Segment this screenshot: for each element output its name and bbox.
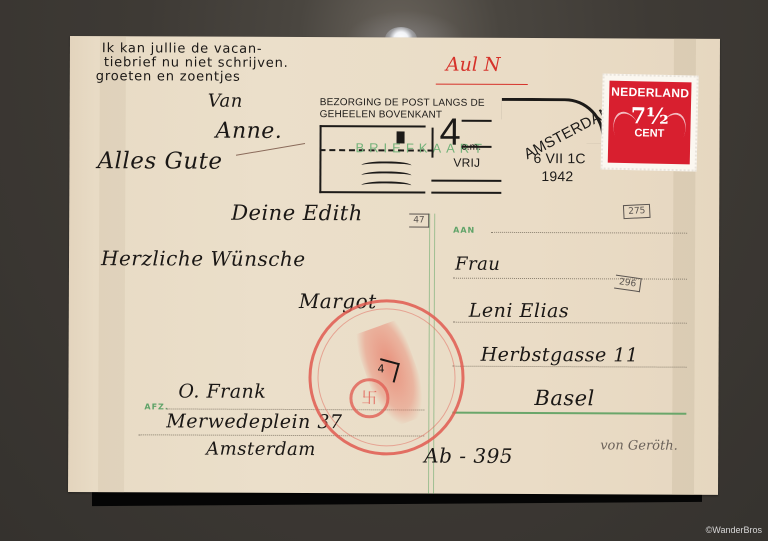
address-underline: [452, 412, 686, 415]
message-line-1: Ik kan jullie de vacan-: [102, 42, 262, 56]
boxed-number-296: 296: [614, 275, 642, 293]
message-line-2: tiebrief nu niet schrijven.: [104, 56, 289, 70]
address-line-guide-3: [453, 322, 687, 324]
postmark-year: 1942: [541, 168, 573, 184]
diagram-wave-2: [361, 171, 411, 179]
size-arrow-icon: [431, 128, 433, 158]
postmark-pigeon-icon: [502, 98, 605, 143]
sender-line-3: Amsterdam: [206, 439, 316, 460]
label-aan: AAN: [453, 226, 475, 235]
stamp-country: NEDERLAND: [611, 85, 689, 101]
message-van: Van: [208, 91, 243, 112]
censor-mark-number: 4: [378, 362, 385, 375]
red-annotation: Aul N: [446, 54, 501, 76]
postmark-size-number: 4: [439, 114, 461, 152]
postmark-lines-lower: [431, 180, 501, 194]
photo-watermark: ©WanderBros: [706, 525, 762, 535]
diagram-wave-1: [361, 161, 411, 169]
boxed-number-275: 275: [623, 204, 651, 219]
stamp-face: NEDERLAND 7½ CENT: [608, 81, 692, 165]
postmark-slogan-line-2: GEHEELEN BOVENKANT: [320, 109, 443, 121]
sender-line-2: Merwedeplein 37: [166, 410, 342, 433]
address-line-guide-4: [453, 366, 687, 368]
postmark-slogan-line-1: BEZORGING DE POST LANGS DE: [320, 97, 485, 109]
greeting-alles-gute: Alles Gute: [97, 148, 222, 175]
signature-underline: [236, 143, 305, 156]
label-afz: AFZ.: [144, 402, 169, 411]
postcard: Ik kan jullie de vacan- tiebrief nu niet…: [68, 36, 720, 495]
greeting-herzliche-wunsche: Herzliche Wünsche: [101, 246, 306, 271]
boxed-number-47: 47: [409, 213, 430, 227]
swastika-emblem-icon: 卐: [349, 378, 389, 418]
red-annotation-underline: [436, 84, 528, 85]
censor-stamp: 卐 4: [308, 299, 465, 456]
sender-line-1: O. Frank: [178, 380, 266, 402]
postmark-date: 6 VII 1C: [533, 150, 585, 166]
postmark-size-word: VRIJ: [453, 156, 480, 170]
greeting-deine-edith: Deine Edith: [231, 201, 363, 226]
pencil-note-bottom-right: von Geröth.: [600, 438, 678, 453]
address-line-2: Leni Elias: [469, 300, 569, 322]
address-line-3: Herbstgasse 11: [481, 344, 639, 367]
postmark-lines: [462, 120, 492, 148]
address-line-guide-1: [491, 232, 687, 234]
bottom-reference-number: Ab - 395: [424, 444, 513, 468]
postage-stamp: NEDERLAND 7½ CENT: [601, 73, 699, 171]
signature-anne: Anne.: [216, 119, 283, 144]
message-line-3: groeten en zoentjes: [96, 70, 241, 84]
address-line-1: Frau: [455, 254, 501, 275]
address-line-guide-2: [453, 278, 687, 280]
diagram-wave-3: [361, 181, 411, 189]
address-line-4: Basel: [534, 386, 594, 410]
